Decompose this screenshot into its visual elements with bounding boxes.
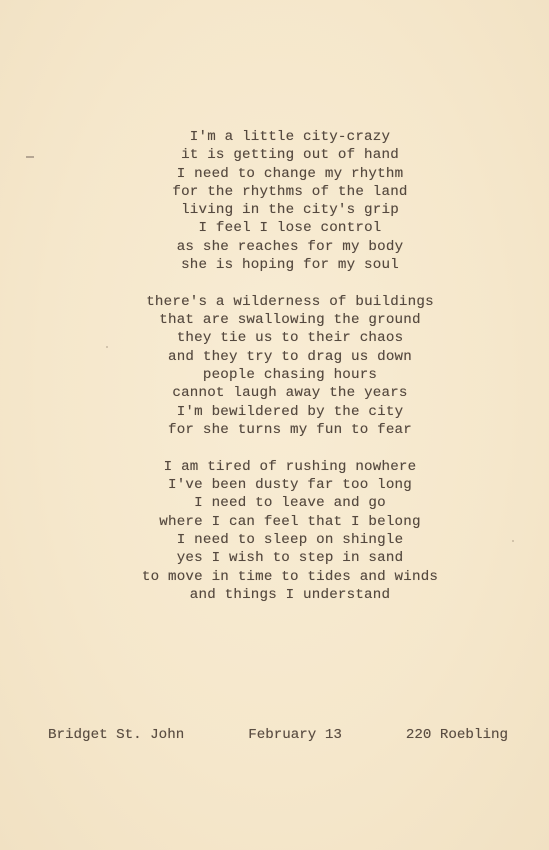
poem-line: I'm a little city-crazy — [0, 128, 549, 146]
poem-line: for the rhythms of the land — [0, 183, 549, 201]
poem-line: I've been dusty far too long — [0, 476, 549, 494]
poem-line: and things I understand — [0, 586, 549, 604]
poem-line: living in the city's grip — [0, 201, 549, 219]
poem-line: I need to leave and go — [0, 494, 549, 512]
stanza-1: I'm a little city-crazy it is getting ou… — [0, 128, 549, 274]
poem-line: I feel I lose control — [0, 219, 549, 237]
poem-line: they tie us to their chaos — [0, 329, 549, 347]
typewritten-page: I'm a little city-crazy it is getting ou… — [0, 0, 549, 850]
poem-line: for she turns my fun to fear — [0, 421, 549, 439]
poem-line: I am tired of rushing nowhere — [0, 458, 549, 476]
poem-line: yes I wish to step in sand — [0, 549, 549, 567]
address: 220 Roebling — [406, 727, 508, 743]
stanza-2: there's a wilderness of buildings that a… — [0, 293, 549, 439]
poem-line: I need to change my rhythm — [0, 165, 549, 183]
poem-line: and they try to drag us down — [0, 348, 549, 366]
poem-line: it is getting out of hand — [0, 146, 549, 164]
poem-line: to move in time to tides and winds — [0, 568, 549, 586]
signature-footer: Bridget St. John February 13 220 Roeblin… — [48, 727, 508, 743]
stanza-3: I am tired of rushing nowhere I've been … — [0, 458, 549, 604]
date: February 13 — [248, 727, 342, 743]
poem-line: I need to sleep on shingle — [0, 531, 549, 549]
poem-line: that are swallowing the ground — [0, 311, 549, 329]
poem-line: where I can feel that I belong — [0, 513, 549, 531]
poem-line: I'm bewildered by the city — [0, 403, 549, 421]
poem-line: there's a wilderness of buildings — [0, 293, 549, 311]
author-name: Bridget St. John — [48, 727, 184, 743]
poem-line: she is hoping for my soul — [0, 256, 549, 274]
poem-line: people chasing hours — [0, 366, 549, 384]
poem-line: cannot laugh away the years — [0, 384, 549, 402]
poem: I'm a little city-crazy it is getting ou… — [0, 128, 549, 623]
poem-line: as she reaches for my body — [0, 238, 549, 256]
